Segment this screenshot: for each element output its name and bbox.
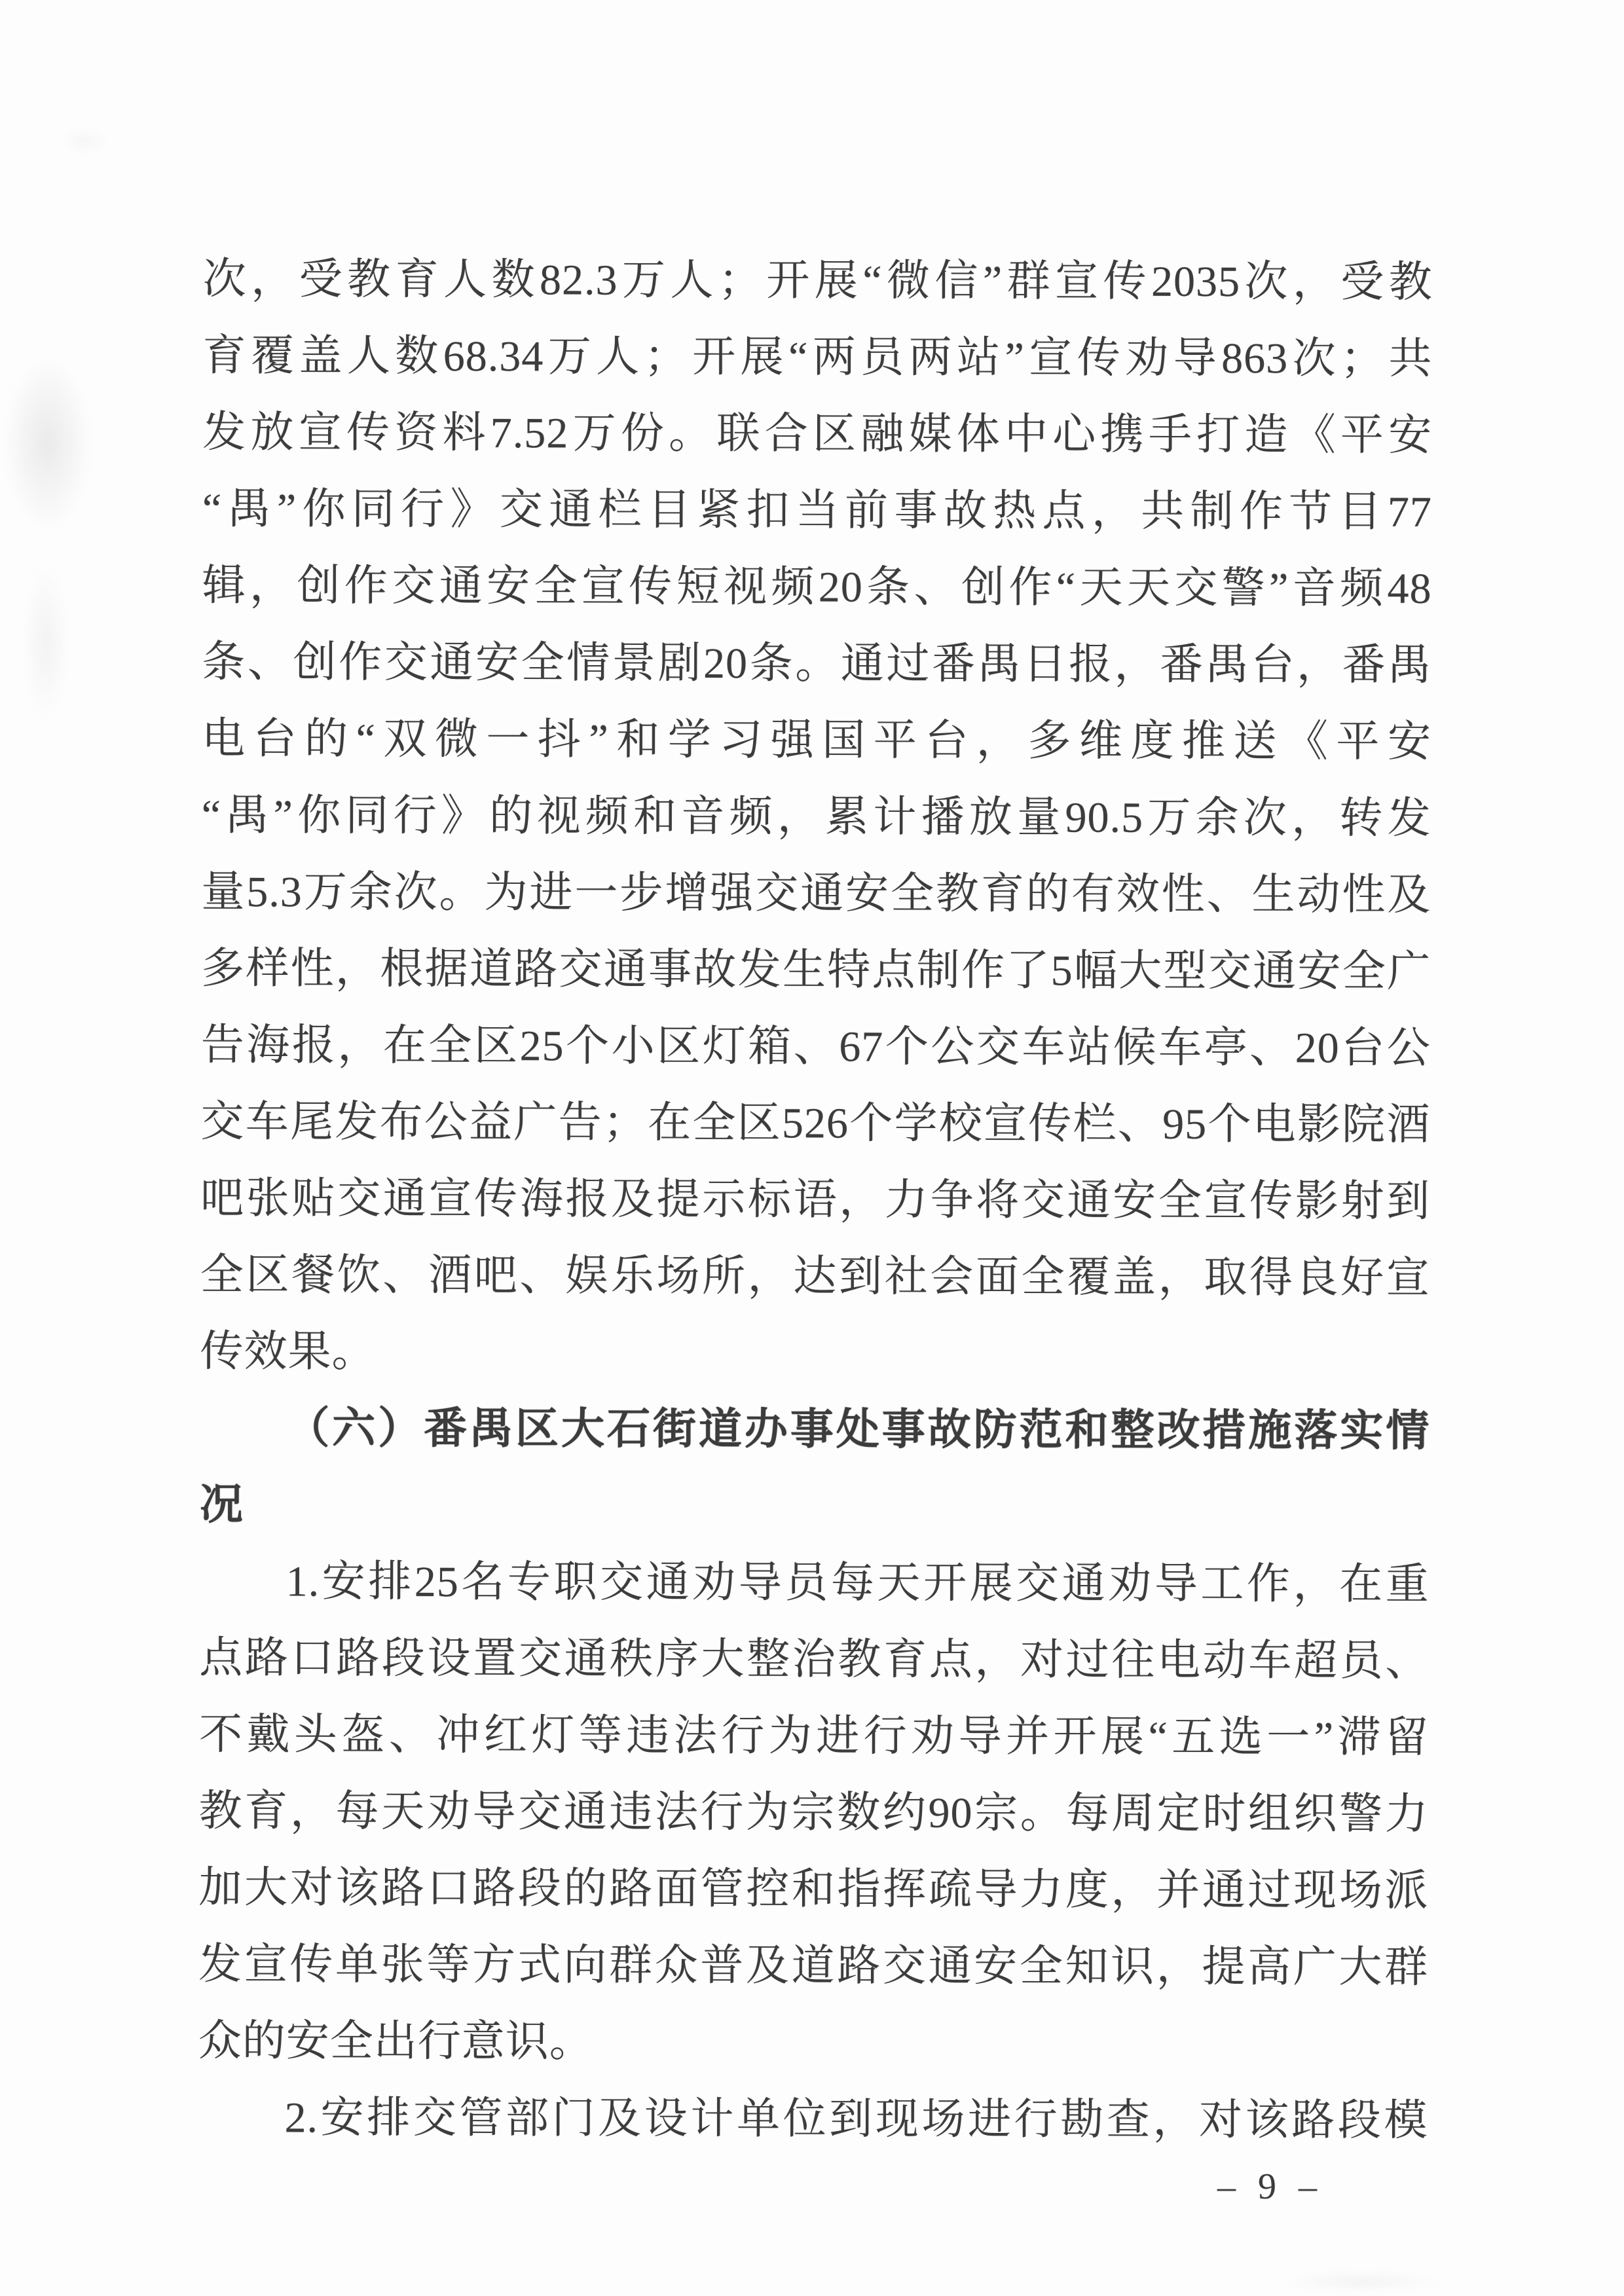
- text-line: 条、创作交通安全情景剧20条。通过番禺日报，番禺台，番禺: [202, 624, 1431, 704]
- text-line: 发放宣传资料7.52万份。联合区融媒体中心携手打造《平安: [202, 394, 1432, 474]
- text-line: 交车尾发布公益广告；在全区526个学校宣传栏、95个电影院酒: [200, 1084, 1430, 1163]
- text-line: 电台的“双微一抖”和学习强国平台，多维度推送《平安: [202, 701, 1431, 780]
- heading-line: （六）番禺区大石街道办事处事故防范和整改措施落实情: [200, 1390, 1430, 1470]
- scan-smudge: [1283, 2270, 1441, 2293]
- text-line: 众的安全出行意识。: [198, 2003, 1428, 2083]
- text-line: 点路口路段设置交通秩序大整治教育点，对过往电动车超员、: [199, 1620, 1429, 1700]
- scanned-document-page: 次，受教育人数82.3万人；开展“微信”群宣传2035次，受教育覆盖人数68.3…: [0, 0, 1624, 2296]
- scan-smudge: [23, 563, 69, 720]
- text-line: “禺”你同行》交通栏目紧扣当前事故热点，共制作节目77: [202, 471, 1432, 551]
- heading-line: 况: [200, 1467, 1430, 1546]
- text-line: 量5.3万余次。为进一步增强交通安全教育的有效性、生动性及: [201, 854, 1431, 934]
- text-line: 传效果。: [200, 1313, 1430, 1393]
- text-line: 发宣传单张等方式向群众普及道路交通安全知识，提高广大群: [198, 1926, 1428, 2006]
- text-line: “禺”你同行》的视频和音频，累计播放量90.5万余次，转发: [202, 777, 1431, 857]
- text-line: 次，受教育人数82.3万人；开展“微信”群宣传2035次，受教: [203, 241, 1433, 321]
- scan-smudge: [62, 128, 108, 154]
- text-line: 育覆盖人数68.34万人；开展“两员两站”宣传劝导863次；共: [202, 318, 1432, 397]
- text-line: 告海报，在全区25个小区灯箱、67个公交车站候车亭、20台公: [201, 1007, 1431, 1087]
- text-line: 多样性，根据道路交通事故发生特点制作了5幅大型交通安全广: [201, 930, 1431, 1010]
- text-line: 不戴头盔、冲红灯等违法行为进行劝导并开展“五选一”滞留: [199, 1696, 1429, 1776]
- page-number: – 9 –: [1217, 2166, 1323, 2208]
- text-line: 全区餐饮、酒吧、娱乐场所，达到社会面全覆盖，取得良好宣: [200, 1237, 1430, 1317]
- text-line: 辑，创作交通安全宣传短视频20条、创作“天天交警”音频48: [202, 547, 1431, 627]
- document-body: 次，受教育人数82.3万人；开展“微信”群宣传2035次，受教育覆盖人数68.3…: [198, 241, 1433, 2159]
- text-line: 1.安排25名专职交通劝导员每天开展交通劝导工作，在重: [199, 1543, 1429, 1623]
- text-line: 教育，每天劝导交通违法行为宗数约90宗。每周定时组织警力: [199, 1773, 1429, 1853]
- text-line: 2.安排交管部门及设计单位到现场进行勘查，对该路段模: [198, 2079, 1428, 2159]
- text-line: 加大对该路口路段的路面管控和指挥疏导力度，并通过现场派: [198, 1850, 1428, 1929]
- scan-smudge: [3, 357, 92, 530]
- text-line: 吧张贴交通宣传海报及提示标语，力争将交通安全宣传影射到: [200, 1160, 1430, 1240]
